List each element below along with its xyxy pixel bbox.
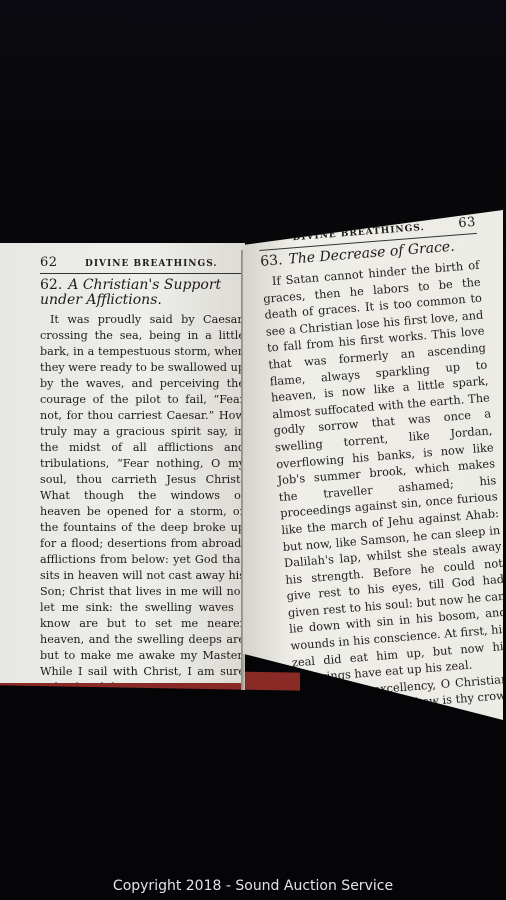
left-page-header: 62 DIVINE BREATHINGS. bbox=[40, 255, 245, 270]
left-page-content: 62 DIVINE BREATHINGS. 62.A Christian's S… bbox=[40, 255, 245, 683]
left-page: 62 DIVINE BREATHINGS. 62.A Christian's S… bbox=[0, 243, 245, 683]
right-page: DIVINE BREATHINGS. 63 63.The Decrease of… bbox=[243, 210, 503, 720]
right-page-number: 63 bbox=[458, 215, 477, 231]
left-page-number: 62 bbox=[40, 255, 58, 270]
left-paragraph: It was proudly said by Caesar, crossing … bbox=[40, 312, 245, 683]
header-rule bbox=[40, 273, 245, 274]
right-paragraph: If Satan cannot hinder the birth of grac… bbox=[261, 257, 503, 688]
left-section-title-text: A Christian's Support under Afflictions. bbox=[40, 277, 221, 308]
right-page-content: DIVINE BREATHINGS. 63 63.The Decrease of… bbox=[258, 215, 503, 720]
left-page-body: It was proudly said by Caesar, crossing … bbox=[40, 312, 245, 683]
right-page-body: If Satan cannot hinder the birth of grac… bbox=[261, 257, 503, 720]
dark-background bbox=[0, 0, 506, 250]
left-section-number: 62. bbox=[40, 277, 62, 293]
right-section-number: 63. bbox=[260, 252, 283, 270]
copyright-watermark: Copyright 2018 - Sound Auction Service bbox=[0, 878, 506, 894]
left-running-head: DIVINE BREATHINGS. bbox=[85, 259, 218, 269]
left-section-title: 62.A Christian's Support under Afflictio… bbox=[40, 278, 245, 308]
